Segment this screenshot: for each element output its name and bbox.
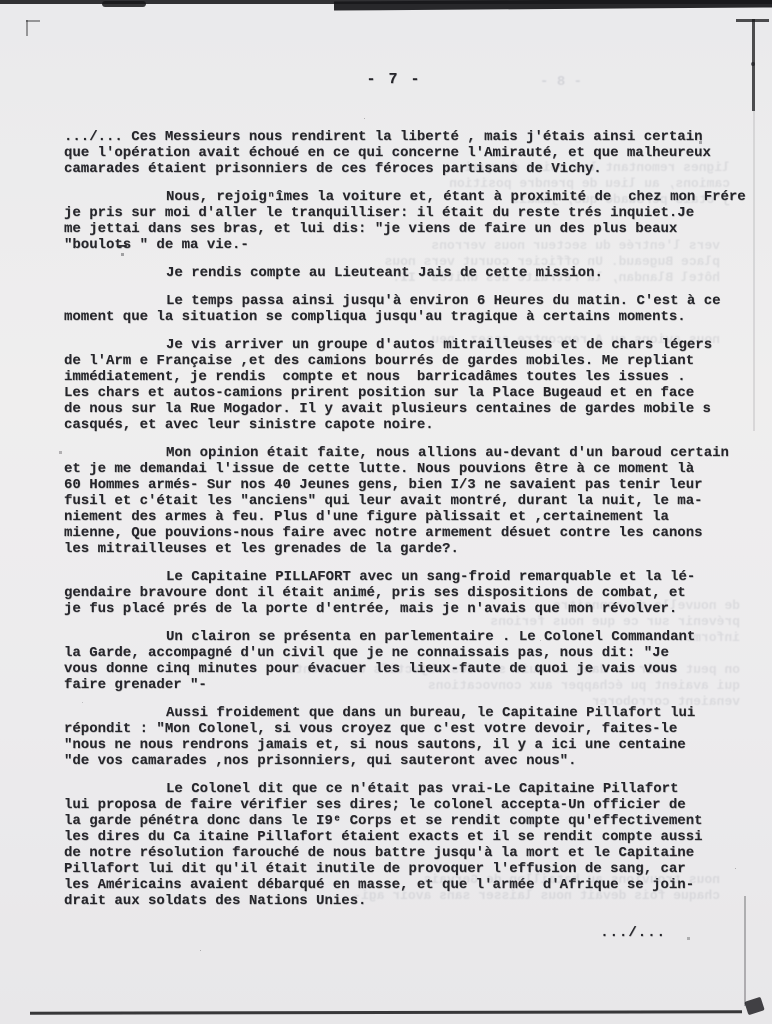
- paragraph-2: Nous, rejoigⁿîmes la voiture et, étant à…: [64, 189, 764, 253]
- paragraph-7: Le Capitaine PILLAFORT avec un sang-froi…: [64, 569, 764, 617]
- scan-noise-specks: [0, 0, 1, 1]
- page-number: - 7 -: [64, 71, 724, 88]
- scan-smudge-bottom-right: [744, 997, 764, 1016]
- scan-edge-top-right: [334, 0, 772, 11]
- scan-page-edge-bottom-right: [744, 896, 746, 1006]
- paragraph-10: Le Colonel dit que ce n'était pas vrai-L…: [64, 781, 764, 909]
- paragraph-3: Je rendis compte au Lieuteant Jais de ce…: [64, 265, 764, 281]
- scan-edge-bottom: [30, 1010, 742, 1014]
- continuation-mark: .../...: [64, 925, 764, 941]
- paragraph-5: Je vis arriver un groupe d'autos mitrail…: [64, 337, 764, 433]
- scan-corner-mark-top-left-h: [26, 20, 40, 22]
- paragraph-8: Un clairon se présenta en parlementaire …: [64, 629, 764, 693]
- paragraph-4: Le temps passa ainsi jusqu'à environ 6 H…: [64, 293, 764, 325]
- scan-corner-mark-top-left-v: [26, 20, 28, 36]
- scan-smudge-top: [102, 1, 146, 7]
- document-body: .../... Ces Messieurs nous rendirent la …: [64, 129, 764, 941]
- scanned-document-page: - 8 - lignes remontant les voies du quai…: [0, 0, 772, 1024]
- paragraph-6: Mon opinion était faite, nous allions au…: [64, 445, 764, 557]
- paragraph-9: Aussi froidement que dans un bureau, le …: [64, 705, 764, 769]
- paragraph-1: .../... Ces Messieurs nous rendirent la …: [64, 129, 764, 177]
- scan-speck-right: [751, 62, 755, 66]
- scan-page-edge-right: [753, 111, 755, 431]
